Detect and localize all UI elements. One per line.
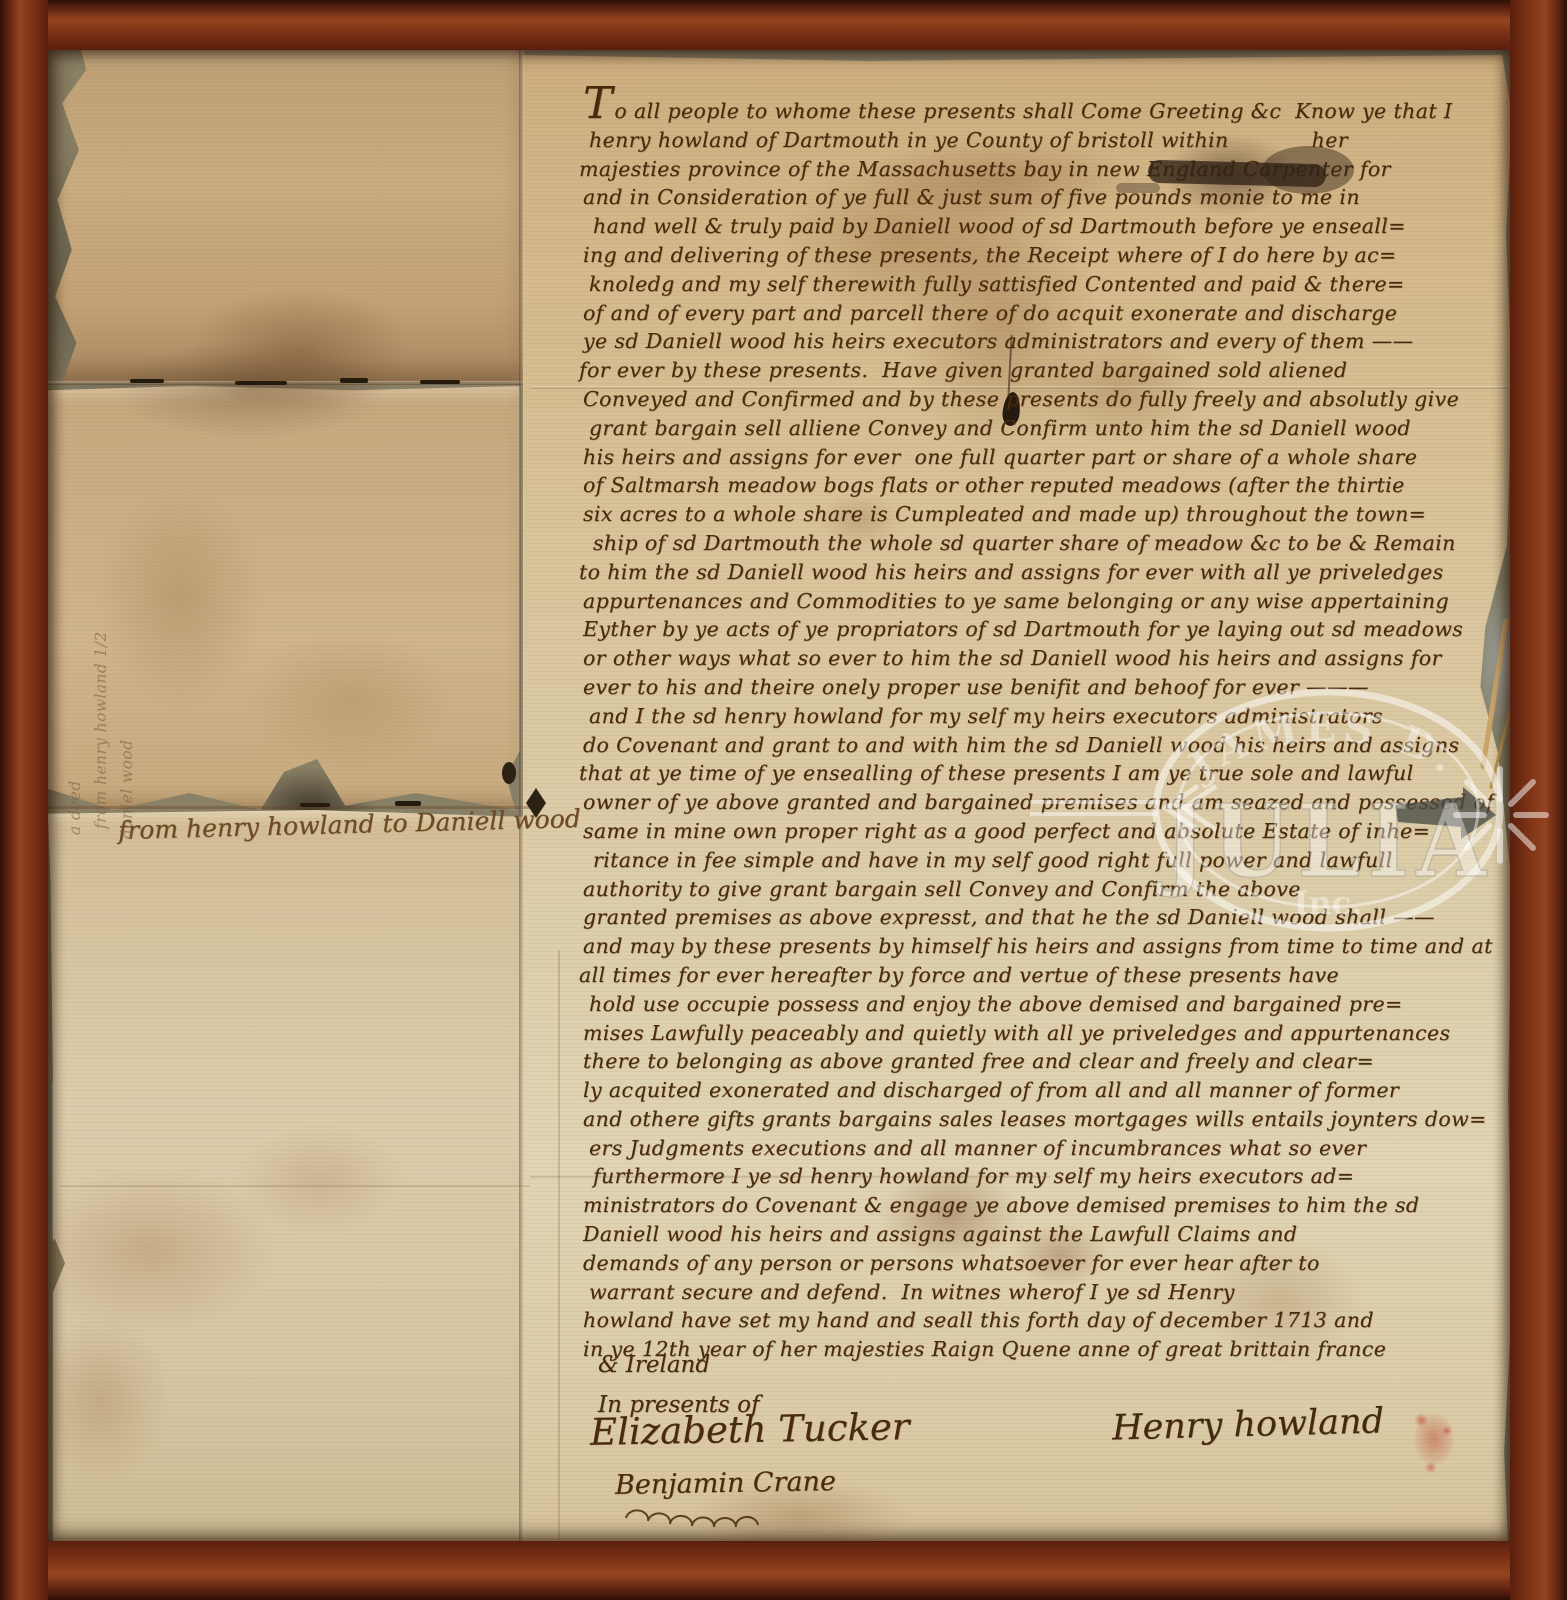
tear-slit <box>300 803 330 807</box>
verso-note-line: a deed <box>62 415 88 835</box>
closing-line-ireland: & Ireland <box>598 1352 710 1378</box>
verso-sheet-bottom <box>48 810 535 1541</box>
verso-docket-notes: a deedfrom henry howland 1/2daniel wood <box>62 415 182 835</box>
verso-note-line: from henry howland 1/2 <box>88 409 114 829</box>
auction-photo-framed-deed: { "watermark": { "arc_text": "JAMES D.",… <box>0 0 1567 1600</box>
handwritten-line: ly acquited exonerated and discharged of… <box>583 1076 1533 1105</box>
tear-slit <box>340 378 368 383</box>
handwritten-line: appurtenances and Commodities to ye same… <box>583 587 1533 616</box>
witness-signature-benjamin-crane: Benjamin Crane <box>615 1466 836 1501</box>
picture-frame-rail-left <box>0 0 48 1600</box>
tear-slit <box>420 380 460 384</box>
red-wax-seal-remnant <box>1402 1402 1466 1484</box>
witness-signature-elizabeth-tucker: Elizabeth Tucker <box>590 1405 910 1454</box>
handwritten-line: mises Lawfully peaceably and quietly wit… <box>583 1019 1533 1048</box>
watermark-suffix-text: Inc. <box>1294 884 1363 922</box>
handwritten-line: furthermore I ye sd henry howland for my… <box>593 1162 1543 1191</box>
handwritten-line: howland have set my hand and seall this … <box>583 1306 1533 1335</box>
handwritten-line: his heirs and assigns for ever one full … <box>583 443 1533 472</box>
handwritten-line: in ye 12th year of her majesties Raign Q… <box>583 1335 1533 1364</box>
picture-frame-rail-top <box>0 0 1567 50</box>
ink-blot <box>1262 146 1354 194</box>
handwritten-line: Daniell wood his heirs and assigns again… <box>583 1220 1533 1249</box>
handwritten-line: to him the sd Daniell wood his heirs and… <box>579 558 1529 587</box>
handwritten-line: or other ways what so ever to him the sd… <box>583 644 1533 673</box>
verso-sheet-top <box>48 50 523 383</box>
handwritten-line: ministrators do Covenant & engage ye abo… <box>583 1191 1533 1220</box>
verso-note-line: daniel wood <box>114 419 140 839</box>
handwritten-line: henry howland of Dartmouth in ye County … <box>589 126 1539 155</box>
handwritten-line: demands of any person or persons whatsoe… <box>583 1249 1533 1278</box>
handwritten-line: hold use occupie possess and enjoy the a… <box>589 990 1539 1019</box>
handwritten-line: ye sd Daniell wood his heirs executors a… <box>583 327 1533 356</box>
grantor-signature-henry-howland: Henry howland <box>1112 1401 1385 1448</box>
handwritten-line: warrant secure and defend. In witnes whe… <box>589 1278 1539 1307</box>
tear-slit <box>130 379 164 383</box>
handwritten-line: of Saltmarsh meadow bogs flats or other … <box>583 471 1533 500</box>
handwritten-line: knoledg and my self therewith fully satt… <box>589 270 1539 299</box>
watermark-left-ribbon <box>1030 802 1158 814</box>
handwritten-line: of and of every part and parcell there o… <box>583 299 1533 328</box>
auction-watermark: JAMES D. JULIA Inc. <box>1030 680 1567 940</box>
handwritten-line: ing and delivering of these presents, th… <box>583 241 1533 270</box>
watermark-name-text: JULIA <box>1156 782 1493 900</box>
handwritten-line: there to belonging as above granted free… <box>583 1047 1533 1076</box>
handwritten-line: grant bargain sell alliene Convey and Co… <box>589 414 1539 443</box>
handwritten-line: for ever by these presents. Have given g… <box>579 356 1529 385</box>
handwritten-line: ship of sd Dartmouth the whole sd quarte… <box>593 529 1543 558</box>
tear-slit <box>395 801 421 806</box>
sheet-fold-gap <box>519 50 524 1541</box>
picture-frame-rail-bottom <box>0 1541 1567 1600</box>
handwritten-line: ers Judgments executions and all manner … <box>589 1134 1539 1163</box>
handwritten-line: majesties province of the Massachusetts … <box>579 155 1529 184</box>
handwritten-line: six acres to a whole share is Cumpleated… <box>583 500 1533 529</box>
tear-slit <box>235 381 287 385</box>
handwritten-line: all times for ever hereafter by force an… <box>579 961 1529 990</box>
ink-blot <box>1116 183 1160 193</box>
handwritten-line: hand well & truly paid by Daniell wood o… <box>593 212 1543 241</box>
handwritten-line: and othere gifts grants bargains sales l… <box>583 1105 1533 1134</box>
signature-flourish <box>618 1498 808 1534</box>
paper-hole <box>502 762 516 784</box>
handwritten-line: Conveyed and Confirmed and by these pres… <box>583 385 1533 414</box>
handwritten-line: To all people to whome these presents sh… <box>583 90 1533 126</box>
handwritten-line: Eyther by ye acts of ye propriators of s… <box>583 615 1533 644</box>
handwritten-line: and in Consideration of ye full & just s… <box>583 183 1533 212</box>
